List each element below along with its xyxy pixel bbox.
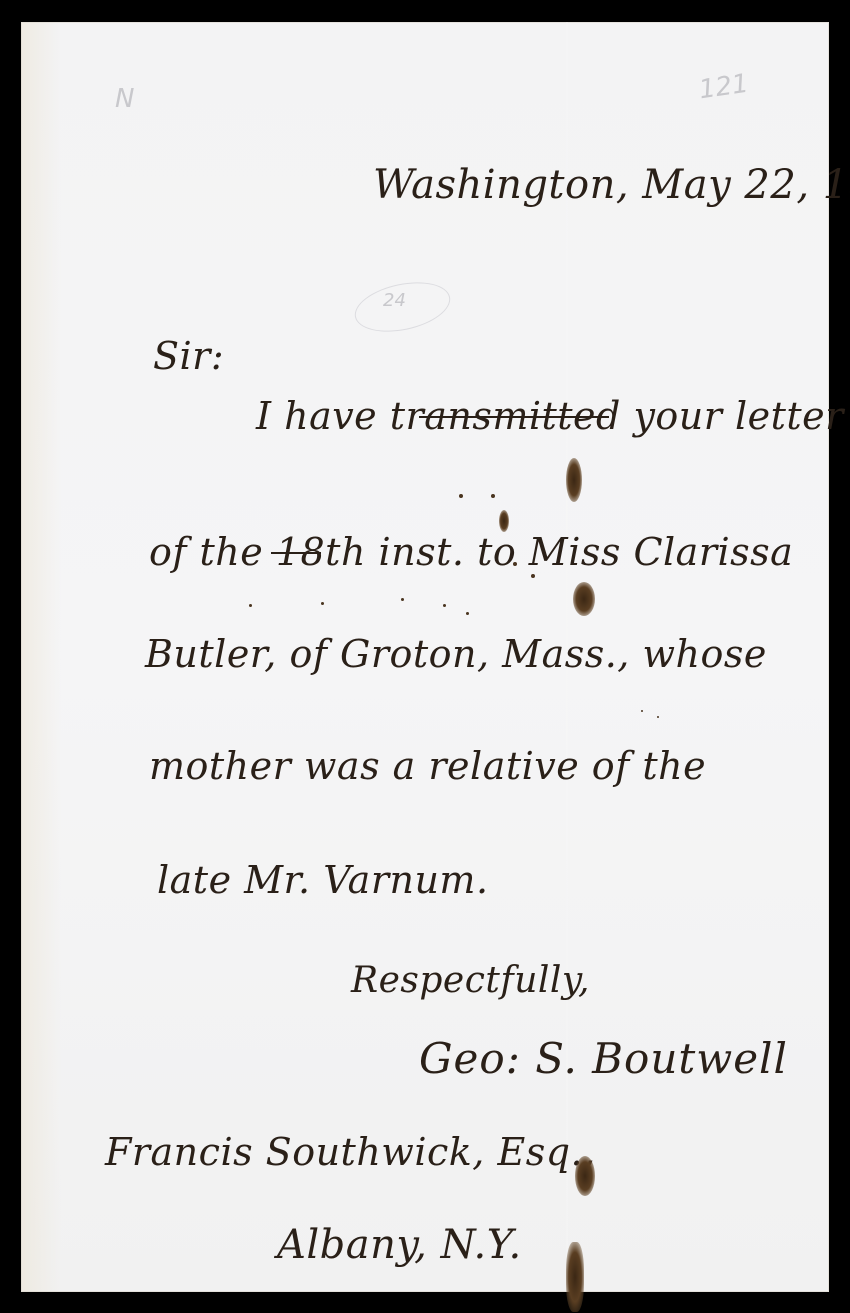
ink-speck [531, 574, 535, 578]
pencil-note-top-right: 121 [697, 69, 750, 106]
addressee-location: Albany, N.Y. [277, 1222, 522, 1268]
dateline-place: Washington, [373, 162, 629, 208]
addressee-name: Francis Southwick, Esq., [105, 1130, 596, 1174]
body-line-4: mother was a relative of the [149, 744, 706, 788]
body-line-3: Butler, of Groton, Mass., whose [145, 632, 767, 676]
ink-blot-bottom [575, 1156, 595, 1196]
pencil-note-circled: 24 [383, 290, 406, 311]
ink-speck [641, 710, 643, 712]
ink-speck [249, 604, 252, 607]
salutation: Sir: [153, 334, 224, 378]
body-line-5: late Mr. Varnum. [157, 858, 489, 902]
pencil-note-top-left: N [115, 84, 134, 114]
letter-paper: N 121 24 Washington, May 22, 1863. Sir: … [21, 22, 829, 1292]
dateline-date: May 22, 1863. [642, 162, 850, 208]
body-line-2: of the 18th inst. to Miss Clarissa [149, 530, 793, 574]
ink-crossbar [271, 552, 321, 554]
signature: Geo: S. Boutwell [419, 1034, 788, 1083]
ink-speck [443, 604, 446, 607]
ink-blot-top [566, 458, 582, 502]
ink-blot [573, 582, 595, 616]
ink-speck [401, 598, 404, 601]
ink-speck [491, 494, 495, 498]
closing: Respectfully, [351, 960, 590, 1001]
ink-spatter [499, 510, 509, 532]
ink-drip [566, 1242, 584, 1312]
ink-speck [321, 602, 324, 605]
ink-speck [466, 612, 469, 615]
ink-crossbar [419, 416, 609, 418]
ink-speck [657, 716, 659, 718]
ink-speck [459, 494, 463, 498]
ink-speck [513, 562, 517, 566]
dateline: Washington, May 22, 1863. [373, 162, 850, 208]
